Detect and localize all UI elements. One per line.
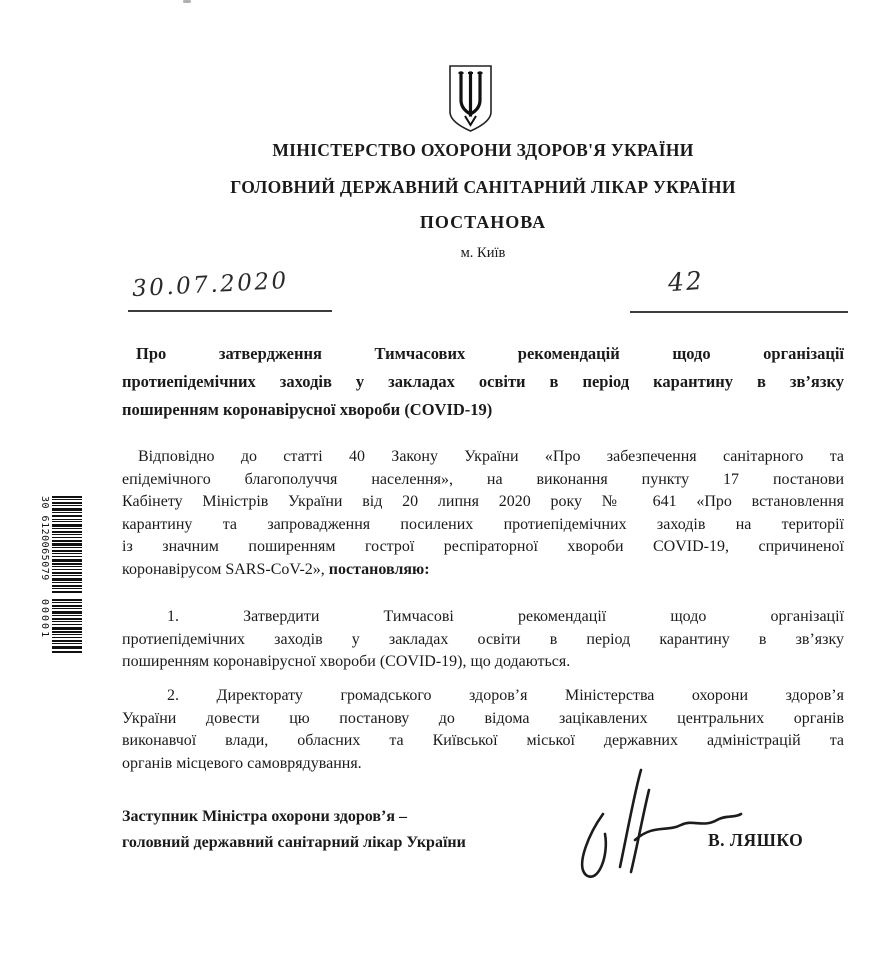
city-line: м. Київ: [122, 245, 844, 262]
barcode-bars-icon: [52, 496, 82, 662]
preamble-line: Відповідно до статті 40 Закону України «…: [122, 446, 844, 469]
preamble-last-regular: коронавірусом SARS-CoV-2»,: [122, 561, 329, 578]
title-line: поширенням коронавірусної хвороби (COVID…: [122, 396, 844, 424]
title-line: протиепідемічних заходів у закладах осві…: [122, 368, 844, 396]
signatory-position: Заступник Міністра охорони здоров’я – го…: [122, 804, 602, 856]
number-handwritten: 42: [667, 266, 705, 297]
date-underline: [128, 310, 332, 312]
handwritten-signature: [565, 762, 775, 887]
preamble-line: коронавірусом SARS-CoV-2», постановляю:: [122, 559, 844, 582]
preamble-line: епідемічного благополуччя населення», на…: [122, 469, 844, 492]
preamble-line: із значним поширенням гострої респіратор…: [122, 536, 844, 559]
ministry-name: МІНІСТЕРСТВО ОХОРОНИ ЗДОРОВ'Я УКРАЇНИ: [122, 140, 844, 161]
preamble-line: Кабінету Міністрів України від 20 липня …: [122, 491, 844, 514]
scanned-document-page: МІНІСТЕРСТВО ОХОРОНИ ЗДОРОВ'Я УКРАЇНИ ГО…: [0, 0, 877, 960]
title-line: Про затвердження Тимчасових рекомендацій…: [122, 340, 844, 368]
signatory-position-line: Заступник Міністра охорони здоров’я –: [122, 804, 602, 830]
ukraine-trident-icon: [447, 64, 494, 134]
signatory-name: В. ЛЯШКО: [708, 830, 803, 851]
item-line: поширенням коронавірусної хвороби (COVID…: [122, 651, 844, 674]
item-line: протиепідемічних заходів у закладах осві…: [122, 629, 844, 652]
document-title: Про затвердження Тимчасових рекомендацій…: [122, 340, 844, 424]
item-1-paragraph: 1. Затвердити Тимчасові рекомендації щод…: [122, 606, 844, 674]
item-line: 1. Затвердити Тимчасові рекомендації щод…: [122, 606, 844, 629]
barcode-strip: 30 6120065079 00001: [30, 496, 82, 662]
scan-artifact: [183, 0, 191, 3]
barcode-digits-main: 30 6120065079: [36, 496, 50, 596]
document-barcode: 30 6120065079 00001: [30, 496, 82, 662]
authority-name: ГОЛОВНИЙ ДЕРЖАВНИЙ САНІТАРНИЙ ЛІКАР УКРА…: [122, 177, 844, 198]
item-line: виконавчої влади, обласних та Київської …: [122, 730, 844, 753]
date-handwritten: 30.07.2020: [131, 268, 289, 302]
item-line: 2. Директорату громадського здоров’я Мін…: [122, 685, 844, 708]
preamble-line: карантину та запровадження посилених про…: [122, 514, 844, 537]
item-line: України довести цю постанову до відома з…: [122, 708, 844, 731]
preamble-paragraph: Відповідно до статті 40 Закону України «…: [122, 446, 844, 581]
document-type-title: ПОСТАНОВА: [122, 212, 844, 233]
barcode-digits-tail: 00001: [36, 599, 50, 655]
preamble-resolve-word: постановляю:: [329, 561, 430, 578]
signatory-position-line: головний державний санітарний лікар Укра…: [122, 830, 602, 856]
number-underline: [630, 311, 848, 313]
